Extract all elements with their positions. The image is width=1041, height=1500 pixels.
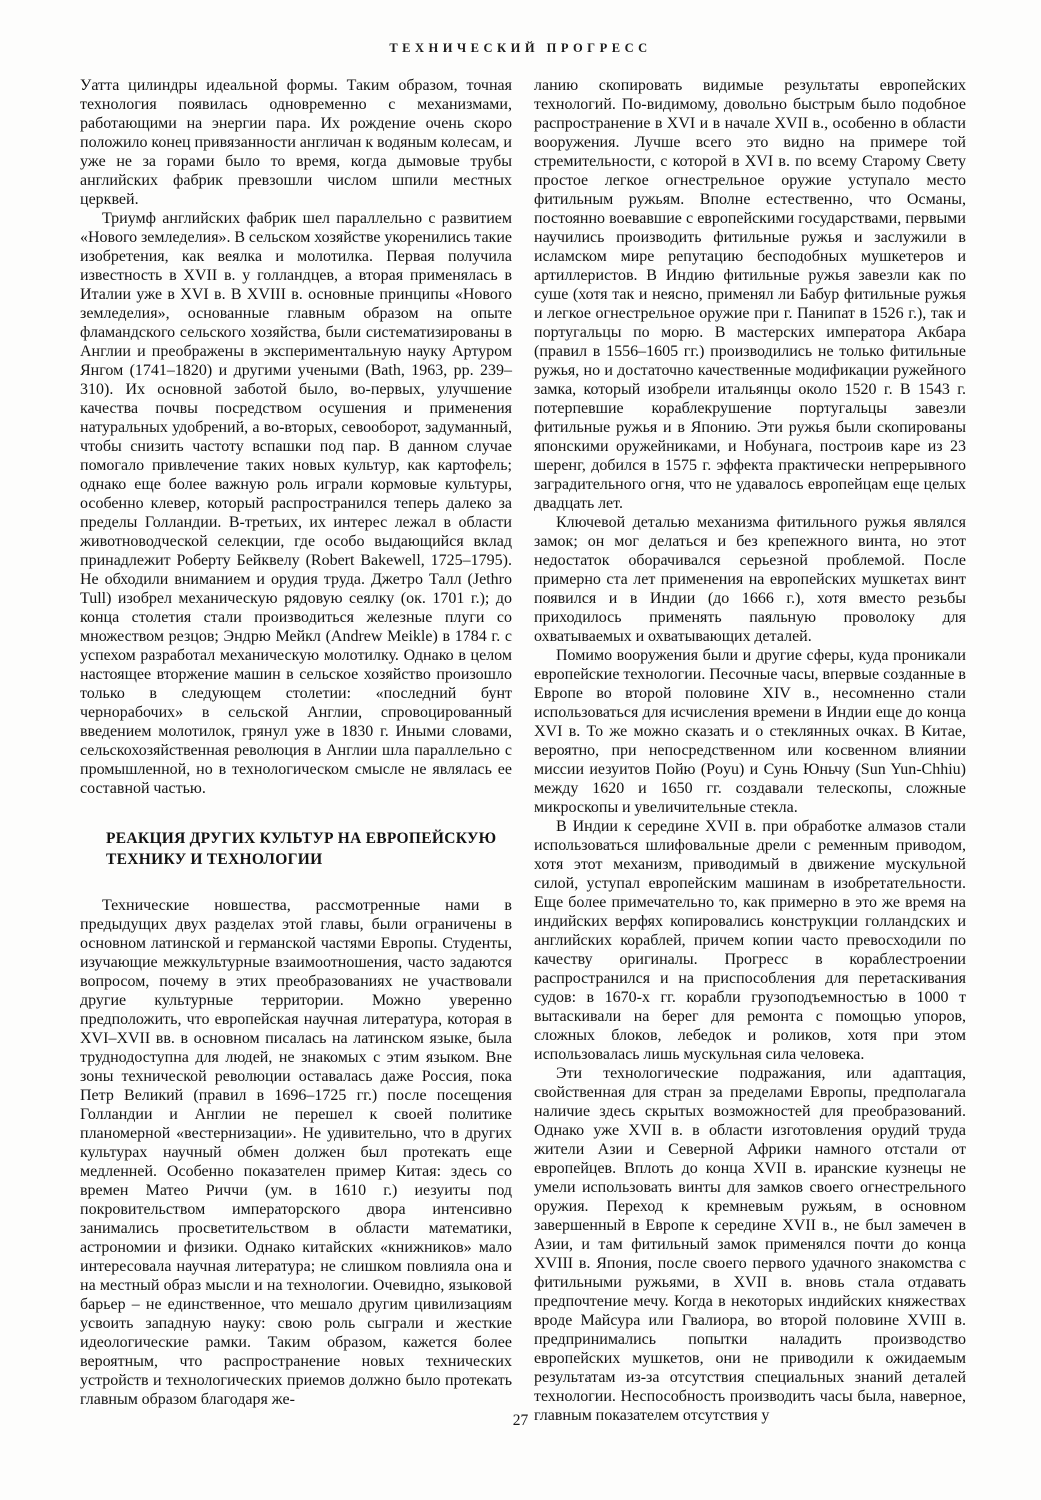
right-column: ланию скопировать видимые результаты евр… <box>534 76 966 1425</box>
paragraph: Технические новшества, рассмотренные нам… <box>80 896 512 1409</box>
section-heading: РЕАКЦИЯ ДРУГИХ КУЛЬТУР НА ЕВРОПЕЙСКУЮ ТЕ… <box>106 828 512 870</box>
paragraph: Триумф английских фабрик шел параллельно… <box>80 209 512 798</box>
book-page: ТЕХНИЧЕСКИЙ ПРОГРЕСС Уатта цилиндры идеа… <box>0 0 1041 1500</box>
paragraph: Ключевой деталью механизма фитильного ру… <box>534 513 966 646</box>
page-number: 27 <box>0 1412 1041 1430</box>
paragraph: Помимо вооружения были и другие сферы, к… <box>534 646 966 817</box>
paragraph: Эти технологические подражания, или адап… <box>534 1064 966 1425</box>
left-column: Уатта цилиндры идеальной формы. Таким об… <box>80 76 512 1425</box>
paragraph: ланию скопировать видимые результаты евр… <box>534 76 966 513</box>
paragraph: В Индии к середине XVII в. при обработке… <box>534 817 966 1064</box>
running-header: ТЕХНИЧЕСКИЙ ПРОГРЕСС <box>0 41 1041 56</box>
text-columns: Уатта цилиндры идеальной формы. Таким об… <box>80 76 966 1425</box>
paragraph: Уатта цилиндры идеальной формы. Таким об… <box>80 76 512 209</box>
